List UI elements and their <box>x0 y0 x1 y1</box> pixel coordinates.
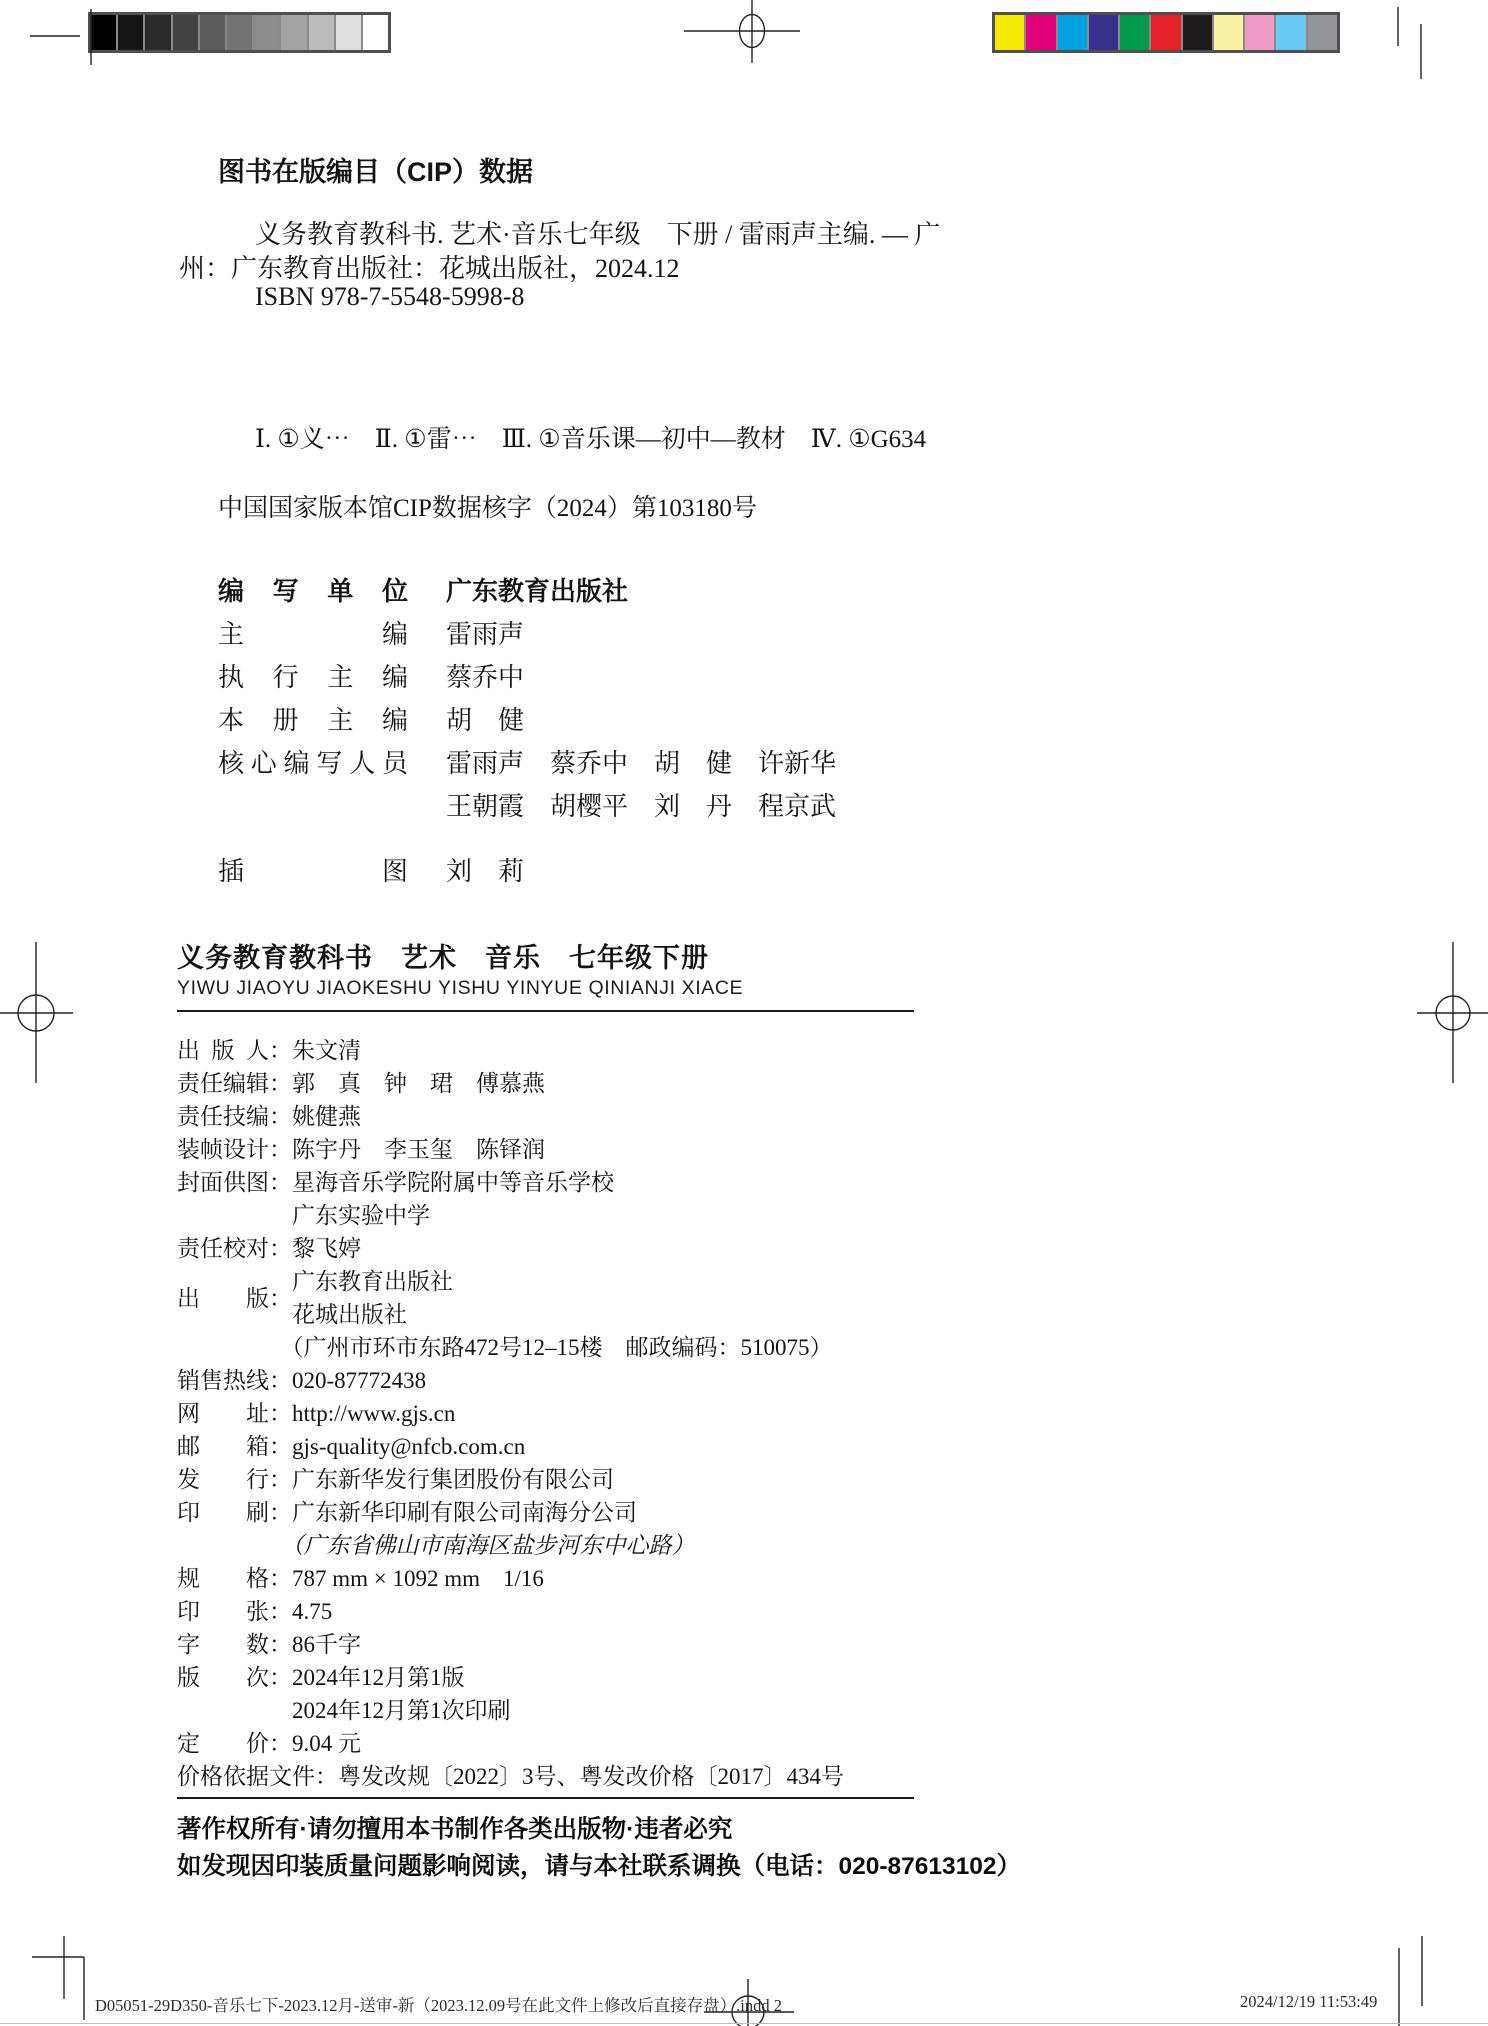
colon-separator: ： <box>269 1434 292 1459</box>
calibration-swatch <box>118 15 143 50</box>
colophon-value: 姚健燕 <box>292 1104 361 1129</box>
cip-isbn: ISBN 978-7-5548-5998-8 <box>255 282 524 312</box>
colophon-label: 出版 <box>177 1282 269 1315</box>
colophon-row-printing-address: ：（广东省佛山市南海区盐步河东中心路） <box>177 1529 1357 1562</box>
calibration-swatch <box>995 15 1024 50</box>
calibration-swatch <box>254 15 279 50</box>
calibration-swatch <box>173 15 198 50</box>
credits-label: 插图 <box>218 850 408 893</box>
credits-block: 编写单位广东教育出版社 主编雷雨声 执行主编蔡乔中 本册主编胡 健 核心编写人员… <box>218 570 836 893</box>
publisher-line2: 花城出版社 <box>292 1298 453 1331</box>
calibration-swatch <box>1120 15 1149 50</box>
colophon-row-publisher-person: 出版人：朱文清 <box>177 1034 1357 1067</box>
colophon-label: 网址 <box>177 1397 269 1430</box>
credits-row-chief-editor: 主编雷雨声 <box>218 613 836 656</box>
grayscale-calibration-bar <box>88 12 391 53</box>
colophon-row-publisher-address: ：（广州市环市东路472号12–15楼 邮政编码：510075） <box>177 1331 1357 1364</box>
colophon-label: 封面供图 <box>177 1166 269 1199</box>
colophon-row-design: 装帧设计：陈宇丹 李玉玺 陈铎润 <box>177 1133 1357 1166</box>
slug-timestamp: 2024/12/19 11:53:49 <box>1240 1992 1377 2012</box>
calibration-swatch <box>200 15 225 50</box>
colon-separator: ： <box>269 1368 292 1393</box>
credits-label: 本册主编 <box>218 699 408 742</box>
colophon-label: 印刷 <box>177 1496 269 1529</box>
quality-exchange-notice: 如发现因印装质量问题影响阅读，请与本社联系调换（电话：020-87613102） <box>177 1847 1021 1882</box>
calibration-swatch <box>1214 15 1243 50</box>
publisher-names: 广东教育出版社 花城出版社 <box>292 1265 453 1331</box>
colon-separator: ： <box>269 1566 292 1591</box>
colophon-row-proofreader: 责任校对：黎飞婷 <box>177 1232 1357 1265</box>
calibration-swatch <box>1276 15 1305 50</box>
divider-rule-top <box>177 1010 914 1012</box>
colophon-value: 朱文清 <box>292 1038 361 1063</box>
credits-value: 蔡乔中 <box>446 663 524 692</box>
colophon-row-cover-photo: 封面供图：星海音乐学院附属中等音乐学校 <box>177 1166 1357 1199</box>
colon-separator: ： <box>269 1236 292 1261</box>
colophon-label: 责任编辑 <box>177 1067 269 1100</box>
cip-classification: Ⅰ. ①义⋯ Ⅱ. ①雷⋯ Ⅲ. ①音乐课—初中—教材 Ⅳ. ①G634 <box>255 419 926 455</box>
colophon-row-format: 规格：787 mm × 1092 mm 1/16 <box>177 1562 1357 1595</box>
page-bottom-edge <box>0 2023 1488 2024</box>
colon-separator: ： <box>269 1665 292 1690</box>
credits-value: 胡 健 <box>446 706 524 735</box>
colophon-value: 黎飞婷 <box>292 1236 361 1261</box>
book-title: 义务教育教科书 艺术 音乐 七年级下册 <box>177 936 709 975</box>
credits-label: 执行主编 <box>218 656 408 699</box>
colophon-row-technical-editor: 责任技编：姚健燕 <box>177 1100 1357 1133</box>
calibration-swatch <box>336 15 361 50</box>
colon-separator: ： <box>269 1599 292 1624</box>
colophon-label: 责任校对 <box>177 1232 269 1265</box>
colon-separator: ： <box>269 1731 292 1756</box>
colophon-value: （广州市环市东路472号12–15楼 邮政编码：510075） <box>292 1335 833 1360</box>
credits-row-core-writers-cont: 王朝霞 胡樱平 刘 丹 程京武 <box>218 785 836 828</box>
credits-value: 广东教育出版社 <box>446 576 628 606</box>
colophon-row-email: 邮箱：gjs-quality@nfcb.com.cn <box>177 1430 1357 1463</box>
colophon-label: 价格依据文件 <box>177 1760 315 1793</box>
calibration-swatch <box>1058 15 1087 50</box>
colon-separator: ： <box>269 1500 292 1525</box>
credits-row-volume-editor: 本册主编胡 健 <box>218 699 836 742</box>
colophon-label: 邮箱 <box>177 1430 269 1463</box>
calibration-swatch <box>281 15 306 50</box>
colophon-value: 9.04 元 <box>292 1731 361 1756</box>
color-calibration-bar <box>992 12 1340 53</box>
calibration-swatch <box>1026 15 1055 50</box>
colophon-label: 销售热线 <box>177 1364 269 1397</box>
colon-separator: ： <box>269 1282 292 1315</box>
cip-header: 图书在版编目（CIP）数据 <box>218 150 533 189</box>
colon-separator: ： <box>269 1104 292 1129</box>
colophon-value: 粤发改规〔2022〕3号、粤发改价格〔2017〕434号 <box>338 1764 844 1789</box>
colophon-row-website: 网址：http://www.gjs.cn <box>177 1397 1357 1430</box>
colophon-row-responsible-editors: 责任编辑：郭 真 钟 珺 傅慕燕 <box>177 1067 1357 1100</box>
colophon-value: （广东省佛山市南海区盐步河东中心路） <box>292 1533 695 1558</box>
colophon-value: 2024年12月第1版 <box>292 1665 465 1690</box>
colophon-value: 陈宇丹 李玉玺 陈铎润 <box>292 1137 545 1162</box>
colophon-value: 郭 真 钟 珺 傅慕燕 <box>292 1071 545 1096</box>
colon-separator: ： <box>269 1467 292 1492</box>
colophon-row-sales-hotline: 销售热线：020-87772438 <box>177 1364 1357 1397</box>
calibration-swatch <box>309 15 334 50</box>
credits-value: 刘 莉 <box>446 857 524 886</box>
colon-separator: ： <box>269 1401 292 1426</box>
calibration-swatch <box>1089 15 1118 50</box>
colophon-block: 出版人：朱文清 责任编辑：郭 真 钟 珺 傅慕燕 责任技编：姚健燕 装帧设计：陈… <box>177 1034 1357 1793</box>
colophon-label: 规格 <box>177 1562 269 1595</box>
calibration-swatch <box>1151 15 1180 50</box>
credits-label: 核心编写人员 <box>218 742 408 785</box>
cip-record-line2: 州：广东教育出版社：花城出版社，2024.12 <box>179 248 680 285</box>
calibration-swatch <box>227 15 252 50</box>
calibration-swatch <box>91 15 116 50</box>
colophon-value: gjs-quality@nfcb.com.cn <box>292 1434 525 1459</box>
colophon-label: 责任技编 <box>177 1100 269 1133</box>
colophon-value: 4.75 <box>292 1599 332 1624</box>
colophon-row-sheets: 印张：4.75 <box>177 1595 1357 1628</box>
copyright-notice: 著作权所有·请勿擅用本书制作各类出版物·违者必究 <box>177 1810 732 1845</box>
calibration-swatch <box>363 15 388 50</box>
credits-label: 主编 <box>218 613 408 656</box>
calibration-swatch <box>1183 15 1212 50</box>
colophon-row-cover-photo-cont: ：广东实验中学 <box>177 1199 1357 1232</box>
credits-value: 王朝霞 胡樱平 刘 丹 程京武 <box>446 792 836 821</box>
colophon-value: 星海音乐学院附属中等音乐学校 <box>292 1170 614 1195</box>
colophon-value: 86千字 <box>292 1632 361 1657</box>
colon-separator: ： <box>269 1071 292 1096</box>
slug-file-info: D05051-29D350-音乐七下-2023.12月-送审-新（2023.12… <box>95 1992 782 2016</box>
colophon-value: 广东实验中学 <box>292 1203 430 1228</box>
colophon-value: 广东新华发行集团股份有限公司 <box>292 1467 614 1492</box>
colophon-row-word-count: 字数：86千字 <box>177 1628 1357 1661</box>
colophon-value: 2024年12月第1次印刷 <box>292 1698 511 1723</box>
credits-row-illustrator: 插图刘 莉 <box>218 850 836 893</box>
colophon-value: 广东新华印刷有限公司南海分公司 <box>292 1500 637 1525</box>
cip-registry-number: 中国国家版本馆CIP数据核字（2024）第103180号 <box>218 488 757 524</box>
credits-value: 雷雨声 蔡乔中 胡 健 许新华 <box>446 749 836 778</box>
credits-value: 雷雨声 <box>446 620 524 649</box>
colophon-label: 出版人 <box>177 1034 269 1067</box>
colophon-value: 020-87772438 <box>292 1368 426 1393</box>
book-title-pinyin: YIWU JIAOYU JIAOKESHU YISHU YINYUE QINIA… <box>177 977 743 1000</box>
credits-row-unit: 编写单位广东教育出版社 <box>218 570 836 613</box>
colophon-label: 定价 <box>177 1727 269 1760</box>
colon-separator: ： <box>269 1137 292 1162</box>
divider-rule-bottom <box>177 1797 914 1799</box>
colophon-row-edition: 版次：2024年12月第1版 <box>177 1661 1357 1694</box>
colophon-label: 装帧设计 <box>177 1133 269 1166</box>
publisher-line1: 广东教育出版社 <box>292 1265 453 1298</box>
colophon-row-publishers: 出版： 广东教育出版社 花城出版社 <box>177 1265 1357 1331</box>
colophon-row-printing-run: ：2024年12月第1次印刷 <box>177 1694 1357 1727</box>
credits-label: 编写单位 <box>218 570 408 613</box>
colophon-label: 字数 <box>177 1628 269 1661</box>
colon-separator: ： <box>269 1632 292 1657</box>
colophon-row-printing: 印刷：广东新华印刷有限公司南海分公司 <box>177 1496 1357 1529</box>
credits-row-core-writers: 核心编写人员雷雨声 蔡乔中 胡 健 许新华 <box>218 742 836 785</box>
calibration-swatch <box>1308 15 1337 50</box>
colon-separator: ： <box>269 1170 292 1195</box>
colon-separator: ： <box>269 1038 292 1063</box>
colophon-label: 印张 <box>177 1595 269 1628</box>
calibration-swatch <box>1245 15 1274 50</box>
calibration-swatch <box>145 15 170 50</box>
cip-record-line1: 义务教育教科书. 艺术·音乐七年级 下册 / 雷雨声主编. — 广 <box>255 214 940 251</box>
colophon-label: 版次 <box>177 1661 269 1694</box>
colophon-label: 发行 <box>177 1463 269 1496</box>
colophon-row-price-basis: 价格依据文件：粤发改规〔2022〕3号、粤发改价格〔2017〕434号 <box>177 1760 1357 1793</box>
credits-row-executive-editor: 执行主编蔡乔中 <box>218 656 836 699</box>
colophon-row-distribution: 发行：广东新华发行集团股份有限公司 <box>177 1463 1357 1496</box>
colophon-row-price: 定价：9.04 元 <box>177 1727 1357 1760</box>
book-copyright-page: 图书在版编目（CIP）数据 义务教育教科书. 艺术·音乐七年级 下册 / 雷雨声… <box>0 0 1488 2026</box>
colophon-value: http://www.gjs.cn <box>292 1401 455 1426</box>
colon-separator: ： <box>315 1764 338 1789</box>
colophon-value: 787 mm × 1092 mm 1/16 <box>292 1566 544 1591</box>
